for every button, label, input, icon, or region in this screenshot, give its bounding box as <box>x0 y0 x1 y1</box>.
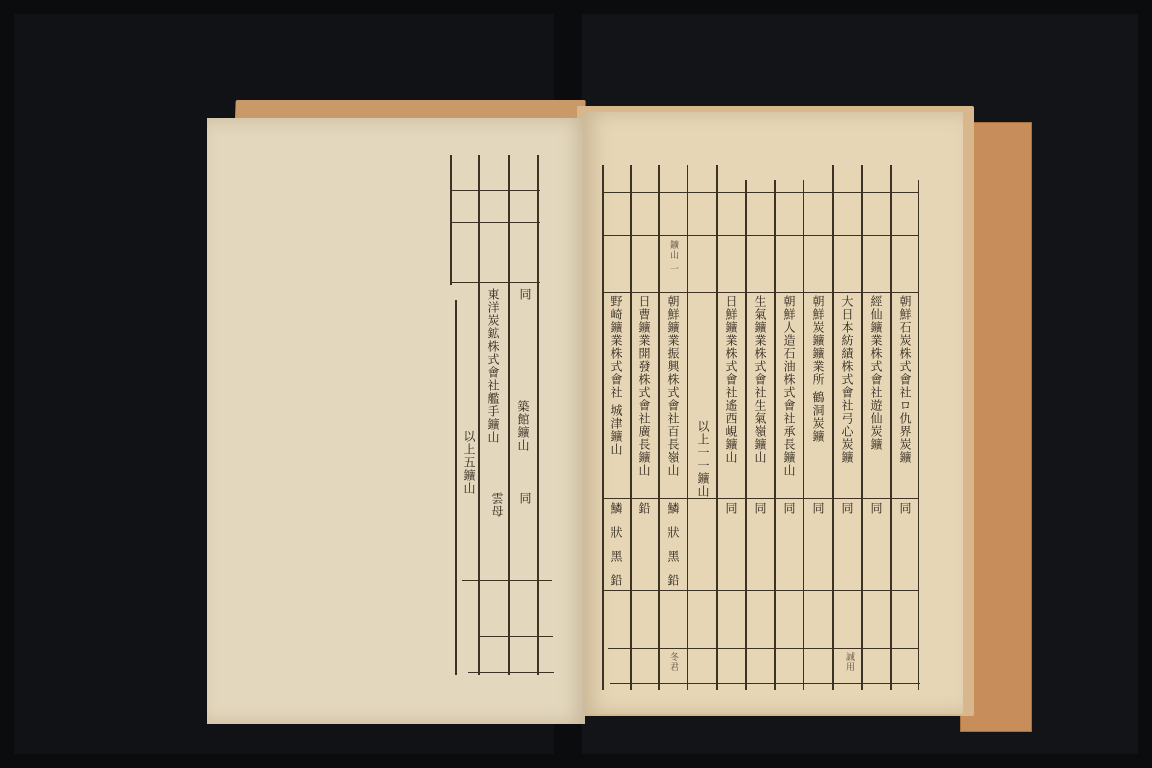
rule <box>716 165 718 690</box>
company-name: 經仙鑛業株式會社遊仙炭鑛 <box>869 295 882 451</box>
cell-mineral: 雲母 <box>490 492 503 518</box>
rule <box>450 222 540 223</box>
mineral: 鱗狀黑鉛 <box>609 502 622 598</box>
company-name: 朝鮮鑛業振興株式會社百長嶺山 <box>666 295 679 477</box>
company-name: 大日本紡績株式會社弓心炭鑛 <box>840 295 853 464</box>
rule <box>478 636 553 637</box>
cell-location: 東洋炭鉱株式會社艦手鑛山 <box>486 288 499 444</box>
rule <box>774 180 776 690</box>
rule <box>861 165 863 690</box>
mineral: 同 <box>898 502 911 515</box>
rule <box>602 590 918 591</box>
company-name: 朝鮮人造石油株式會社承長鑛山 <box>782 295 795 477</box>
rule <box>468 672 554 673</box>
mineral: 鉛 <box>637 502 650 515</box>
summary: 以上五鑛山 <box>462 430 475 495</box>
rule <box>450 155 452 285</box>
rule <box>658 165 660 690</box>
mineral: 同 <box>811 502 824 515</box>
cell-name: 同 <box>518 288 531 301</box>
mineral: 同 <box>869 502 882 515</box>
rule <box>450 282 540 283</box>
rule <box>630 165 632 690</box>
rule <box>508 155 510 675</box>
rule <box>537 155 539 675</box>
rule <box>687 165 688 690</box>
rule <box>890 165 892 690</box>
rule <box>450 190 540 191</box>
cell-mineral: 同 <box>518 492 531 505</box>
rule <box>918 180 919 690</box>
rule <box>602 165 604 690</box>
header-note: 鑛山 一 <box>666 240 679 274</box>
company-name: 日鮮鑛業株式會社遙西峴鑛山 <box>724 295 737 464</box>
company-name: 朝鮮石炭株式會社ロ仇界炭鑛 <box>898 295 911 464</box>
cell-sub: 築館鑛山 <box>516 400 529 452</box>
rule <box>602 292 918 293</box>
rule <box>608 648 918 649</box>
rule <box>478 155 480 675</box>
rule <box>745 180 747 690</box>
footer-mark: 誠用 <box>842 652 855 672</box>
rule <box>610 683 920 684</box>
rule <box>462 580 552 581</box>
mineral: 同 <box>782 502 795 515</box>
rule <box>602 235 918 236</box>
company-name: 日曹鑛業開發株式會社廣長鑛山 <box>637 295 650 477</box>
rule <box>803 180 804 690</box>
rule <box>602 498 918 499</box>
rule <box>602 192 918 193</box>
footer-mark: 冬君 <box>666 652 679 672</box>
mineral: 同 <box>840 502 853 515</box>
mineral: 同 <box>753 502 766 515</box>
company-name: 野崎鑛業株式會社 城津鑛山 <box>609 295 622 456</box>
mineral: 鱗狀黑鉛 <box>666 502 679 598</box>
summary: 以上一一鑛山 <box>696 420 709 498</box>
rule <box>455 300 457 675</box>
mineral: 同 <box>724 502 737 515</box>
company-name: 生氣鑛業株式會社生氣嶺鑛山 <box>753 295 766 464</box>
company-name: 朝鮮炭鑛鑛業所 鶴洞炭鑛 <box>811 295 824 443</box>
rule <box>832 165 834 690</box>
